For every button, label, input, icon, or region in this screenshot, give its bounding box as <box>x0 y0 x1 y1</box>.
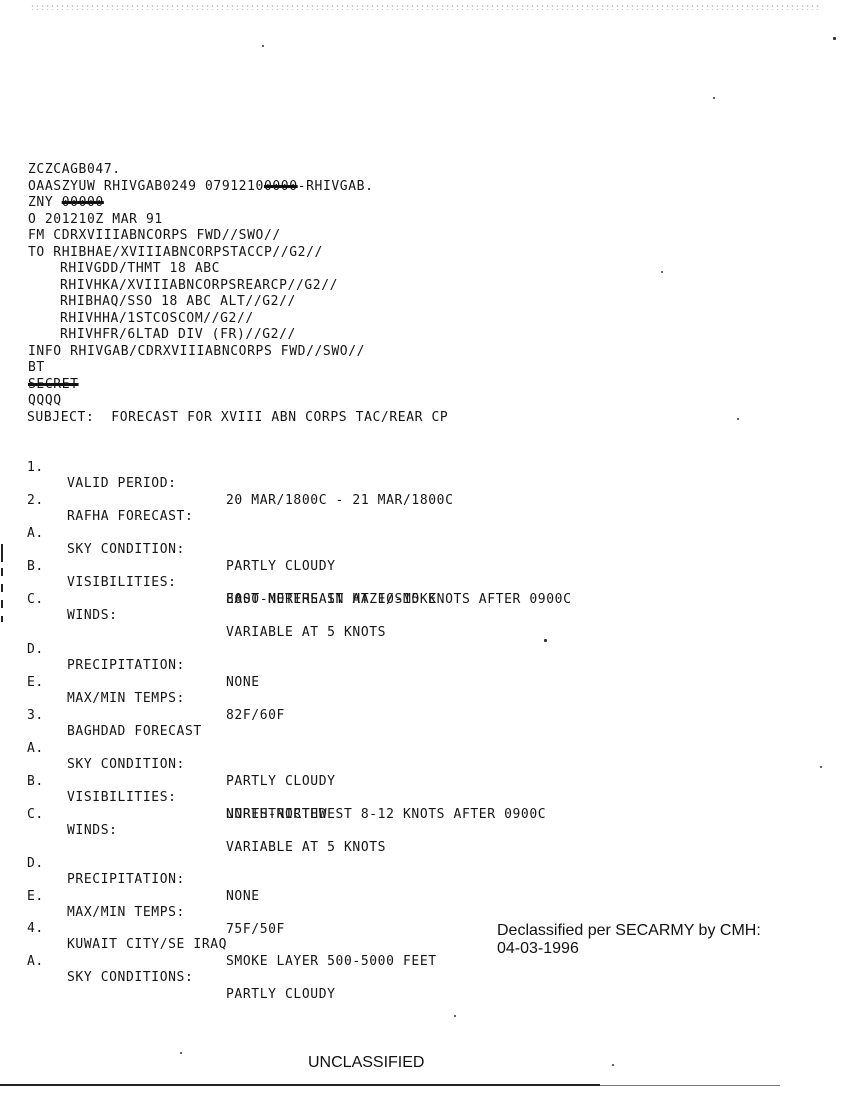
item-number: B. <box>27 774 44 791</box>
to-addressee: RHIVGDD/THMT 18 ABC <box>60 261 220 278</box>
item-number: C. <box>27 807 44 824</box>
item-label: VISIBILITIES: <box>67 575 177 592</box>
item-label: PRECIPITATION: <box>67 872 185 889</box>
item-number: A. <box>27 954 44 971</box>
item-value: PARTLY CLOUDY <box>226 987 336 1004</box>
item-value: 20 MAR/1800C - 21 MAR/1800C <box>226 493 454 510</box>
forecast-item: A. SKY CONDITIONS: PARTLY CLOUDY SMOKE L… <box>27 937 61 1036</box>
item-value-continued: NORTH-NORTHWEST 8-12 KNOTS AFTER 0900C <box>226 807 546 824</box>
classification-struck: SECRET <box>28 377 79 394</box>
footer-classification: UNCLASSIFIED <box>308 1054 424 1072</box>
header-line-2: OAASZYUW RHIVGAB0249 07912100000-RHIVGAB… <box>28 179 374 196</box>
header-line-1: ZCZCAGB047. <box>28 162 121 179</box>
item-label: VALID PERIOD: <box>67 476 177 493</box>
to-addressee: RHIBHAQ/SSO 18 ABC ALT//G2// <box>60 294 296 311</box>
to-addressee: RHIVHFR/6LTAD DIV (FR)//G2// <box>60 327 296 344</box>
document-page: ZCZCAGB047. OAASZYUW RHIVGAB0249 0791210… <box>0 0 848 1100</box>
subject-line: SUBJECT: FORECAST FOR XVIII ABN CORPS TA… <box>27 410 448 427</box>
item-number: C. <box>27 592 44 609</box>
date-time-group: O 201210Z MAR 91 <box>28 212 163 229</box>
routing-line: OAASZYUW RHIVGAB0249 0791210 <box>28 179 264 194</box>
margin-mark <box>1 600 3 608</box>
scan-speck <box>661 271 663 273</box>
to-addressee: RHIVHKA/XVIIIABNCORPSREARCP//G2// <box>60 278 338 295</box>
margin-mark <box>1 568 3 576</box>
item-label: RAFHA FORECAST: <box>67 509 193 526</box>
page-edge-line <box>600 1085 780 1086</box>
item-label: SKY CONDITIONS: <box>67 970 193 987</box>
routing-suffix: -RHIVGAB. <box>298 179 374 194</box>
item-label: BAGHDAD FORECAST <box>67 724 202 741</box>
item-label: VISIBILITIES: <box>67 790 177 807</box>
scan-speck <box>612 1064 614 1066</box>
item-value: VARIABLE AT 5 KNOTS <box>226 625 386 642</box>
item-value-continued: EAST-NORTHEAST AT 10-15 KNOTS AFTER 0900… <box>226 592 572 609</box>
page-edge-line <box>0 1084 600 1086</box>
declassification-stamp: Declassified per SECARMY by CMH: 04-03-1… <box>497 922 761 958</box>
scan-noise <box>30 4 820 10</box>
redacted-text: 0000 <box>264 179 298 194</box>
item-value: PARTLY CLOUDY <box>226 774 336 791</box>
margin-mark <box>1 616 3 622</box>
scan-speck <box>544 639 547 642</box>
item-value: VARIABLE AT 5 KNOTS <box>226 840 386 857</box>
margin-mark <box>1 584 3 592</box>
zny-label: ZNY <box>28 195 62 210</box>
to-line: TO RHIBHAE/XVIIIABNCORPSTACCP//G2// <box>28 245 323 262</box>
item-label: SKY CONDITION: <box>67 757 185 774</box>
item-label: WINDS: <box>67 608 118 625</box>
item-value: PARTLY CLOUDY <box>226 559 336 576</box>
scan-speck <box>180 1052 182 1054</box>
item-number: B. <box>27 559 44 576</box>
bt-line: BT <box>28 360 45 377</box>
item-number: D. <box>27 856 44 873</box>
item-label: KUWAIT CITY/SE IRAQ <box>67 937 227 954</box>
item-number: 4. <box>27 921 44 938</box>
item-label: SKY CONDITION: <box>67 542 185 559</box>
scan-speck <box>262 45 264 47</box>
item-label: WINDS: <box>67 823 118 840</box>
item-number: A. <box>27 741 44 758</box>
item-number: D. <box>27 642 44 659</box>
item-value-continued: SMOKE LAYER 500-5000 FEET <box>226 954 437 971</box>
item-number: 3. <box>27 708 44 725</box>
margin-mark <box>1 544 3 562</box>
item-number: E. <box>27 675 44 692</box>
item-value: 75F/50F <box>226 922 285 939</box>
header-line-3: ZNY 00000 <box>28 195 104 212</box>
stamp-date: 04-03-1996 <box>497 940 761 958</box>
item-number: 2. <box>27 493 44 510</box>
scan-speck <box>833 37 836 40</box>
stamp-line-1: Declassified per SECARMY by CMH: <box>497 922 761 940</box>
scan-speck <box>737 418 739 420</box>
qqqq-line: QQQQ <box>28 393 62 410</box>
item-value: NONE <box>226 675 260 692</box>
item-value: 82F/60F <box>226 708 285 725</box>
redacted-text: 00000 <box>62 195 104 210</box>
item-label: MAX/MIN TEMPS: <box>67 691 185 708</box>
scan-speck <box>713 97 715 99</box>
to-addressee: RHIVHHA/1STCOSCOM//G2// <box>60 311 254 328</box>
item-number: 1. <box>27 460 44 477</box>
item-number: A. <box>27 526 44 543</box>
scan-speck <box>820 766 822 768</box>
item-label: MAX/MIN TEMPS: <box>67 905 185 922</box>
item-value: NONE <box>226 889 260 906</box>
scan-speck <box>454 1015 456 1017</box>
item-number: E. <box>27 889 44 906</box>
from-line: FM CDRXVIIIABNCORPS FWD//SWO// <box>28 228 281 245</box>
info-line: INFO RHIVGAB/CDRXVIIIABNCORPS FWD//SWO// <box>28 344 365 361</box>
item-label: PRECIPITATION: <box>67 658 185 675</box>
